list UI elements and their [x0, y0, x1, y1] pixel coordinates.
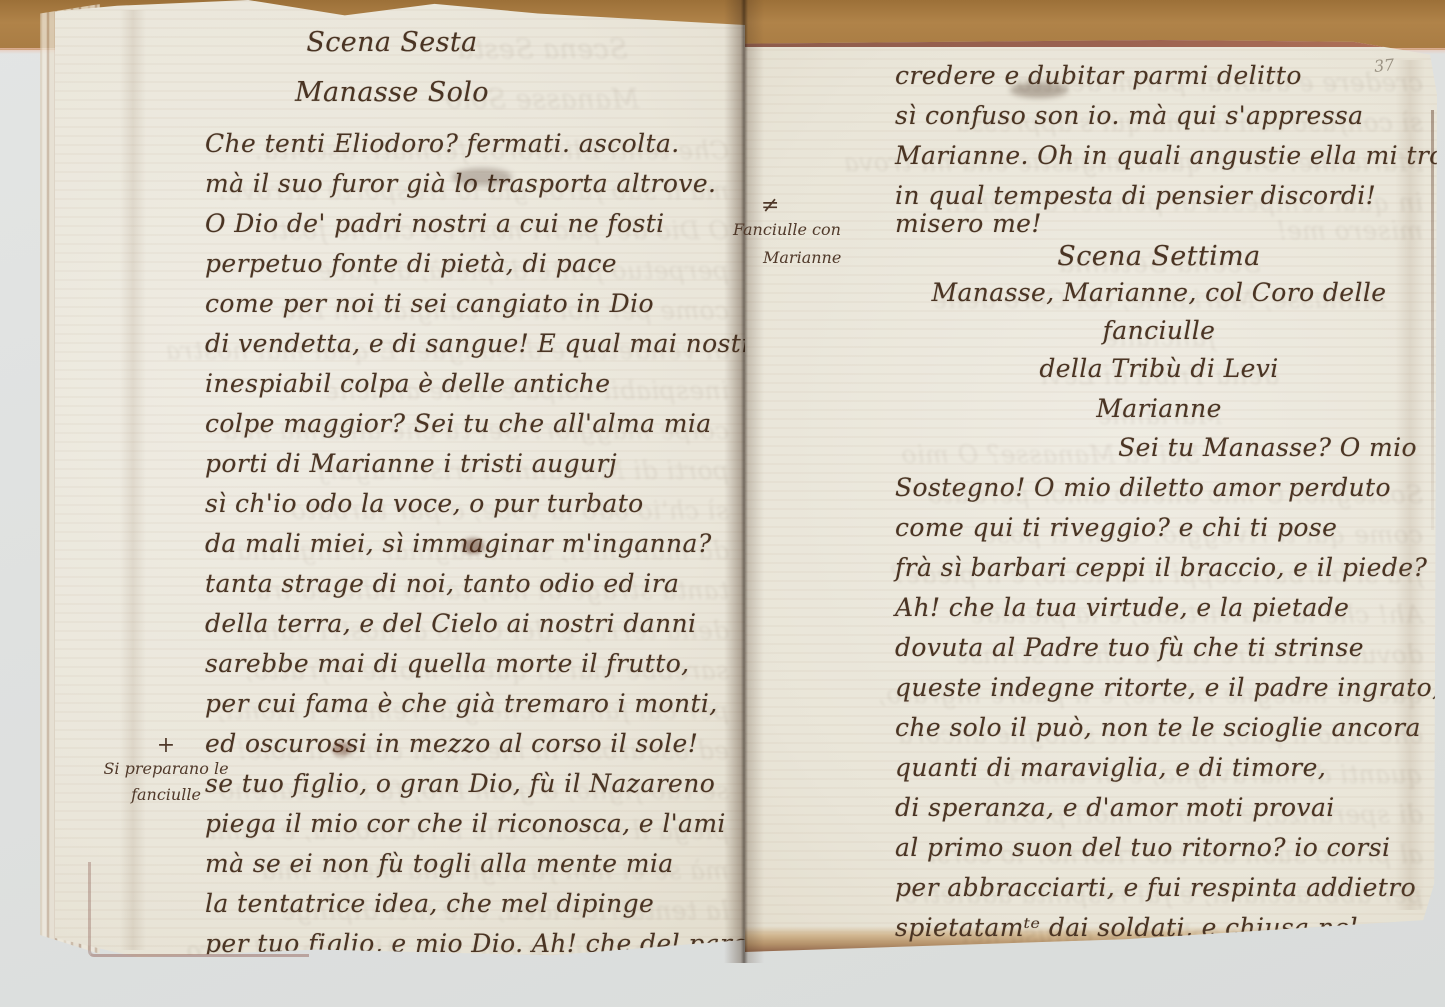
- manuscript-line: queste indegne ritorte, e il padre ingra…: [895, 668, 1423, 708]
- left-margin-note: + Si preparano le fanciulle: [96, 736, 236, 808]
- pencil-page-number: 37: [1373, 55, 1395, 76]
- cue-line: Sei tu Manasse? O mio: [895, 428, 1423, 468]
- manuscript-line: se tuo figlio, o gran Dio, fù il Nazaren…: [205, 764, 729, 804]
- cast-line: Manasse, Marianne, col Coro delle fanciu…: [895, 274, 1423, 350]
- manuscript-line: come per noi ti sei cangiato in Dio: [205, 284, 729, 324]
- left-page-lines: Che tenti Eliodoro? fermati. ascolta. mà…: [205, 124, 729, 964]
- manuscript-line: quanti di maraviglia, e di timore,: [895, 748, 1423, 788]
- manuscript-line: da mali miei, sì immaginar m'inganna?: [205, 524, 729, 564]
- manuscript-line: al primo suon del tuo ritorno? io corsi: [895, 828, 1423, 868]
- book-gutter-shadow: [724, 0, 764, 963]
- manuscript-line: mà il suo furor già lo trasporta altrove…: [205, 164, 729, 204]
- margin-note-text: Fanciulle con: [733, 216, 883, 244]
- manuscript-line: di speranza, e d'amor moti provai: [895, 788, 1423, 828]
- manuscript-line: per abbracciarti, e fui respinta addietr…: [895, 868, 1423, 908]
- margin-note-text: fanciulle: [96, 782, 236, 808]
- manuscript-line: colpe maggior? Sei tu che all'alma mia: [205, 404, 729, 444]
- manuscript-line: come qui ti riveggio? e chi ti pose: [895, 508, 1423, 548]
- manuscript-line: inespiabil colpa è delle antiche: [205, 364, 729, 404]
- manuscript-line: spietatamᵗᵉ dai soldati, e chiusa nel: [895, 908, 1423, 948]
- manuscript-line: Ah! che la tua virtude, e la pietade: [895, 588, 1423, 628]
- manuscript-line: Sostegno! O mio diletto amor perduto: [895, 468, 1423, 508]
- right-page-text: credere e dubitar parmi delitto sì confu…: [895, 56, 1423, 988]
- cross-mark: +: [96, 736, 236, 756]
- scene-heading: Scena Settima: [895, 240, 1423, 274]
- speaker-name: Marianne: [895, 390, 1423, 428]
- manuscript-line: dovuta al Padre tuo fù che ti strinse: [895, 628, 1423, 668]
- manuscript-line: porti di Marianne i tristi augurj: [205, 444, 729, 484]
- manuscript-line: sì ch'io odo la voce, o pur turbato: [205, 484, 729, 524]
- scene-subheading: Manasse Solo: [205, 76, 729, 110]
- margin-note-text: Marianne: [733, 244, 883, 272]
- manuscript-line: per cui fama è che già tremaro i monti,: [205, 684, 729, 724]
- manuscript-line: perpetuo fonte di pietà, di pace: [205, 244, 729, 284]
- manuscript-line: piega il mio cor che il riconosca, e l'a…: [205, 804, 729, 844]
- manuscript-line: nel mio tristo soggiorno. a questo debbo: [860, 948, 1423, 988]
- cast-line: della Tribù di Levi: [895, 350, 1423, 388]
- manuscript-photo: Scena Sesta Manasse Solo Che tenti Eliod…: [0, 0, 1445, 1007]
- right-page: credere e dubitar parmi delitto sì confu…: [745, 40, 1437, 952]
- manuscript-line: che solo il può, non te le scioglie anco…: [895, 708, 1423, 748]
- manuscript-line: sì confuso son io. mà qui s'appressa: [895, 96, 1423, 136]
- manuscript-line: sarebbe mai di quella morte il frutto,: [205, 644, 729, 684]
- manuscript-line: O Dio de' padri nostri a cui ne fosti: [205, 204, 729, 244]
- manuscript-line: frà sì barbari ceppi il braccio, e il pi…: [895, 548, 1423, 588]
- left-page-text: Scena Sesta Manasse Solo Che tenti Eliod…: [205, 26, 729, 964]
- manuscript-line: Marianne. Oh in quali angustie ella mi t…: [895, 136, 1423, 176]
- manuscript-line: della terra, e del Cielo ai nostri danni: [205, 604, 729, 644]
- fore-edge-crease: [1431, 110, 1434, 530]
- manuscript-line: di vendetta, e di sangue! E qual mai nos…: [205, 324, 729, 364]
- margin-note-text: Si preparano le: [96, 756, 236, 782]
- manuscript-line: tanta strage di noi, tanto odio ed ira: [205, 564, 729, 604]
- bottom-corner-page-edges: [88, 862, 309, 957]
- double-dash-mark: ≠: [733, 196, 883, 216]
- manuscript-line: ed oscurossi in mezzo al corso il sole!: [205, 724, 729, 764]
- left-page: Scena Sesta Manasse Solo Che tenti Eliod…: [55, 0, 745, 963]
- manuscript-line: Che tenti Eliodoro? fermati. ascolta.: [205, 124, 729, 164]
- scene-heading: Scena Sesta: [205, 26, 729, 60]
- manuscript-line: credere e dubitar parmi delitto: [895, 56, 1423, 96]
- right-margin-note: ≠ Fanciulle con Marianne: [733, 196, 883, 272]
